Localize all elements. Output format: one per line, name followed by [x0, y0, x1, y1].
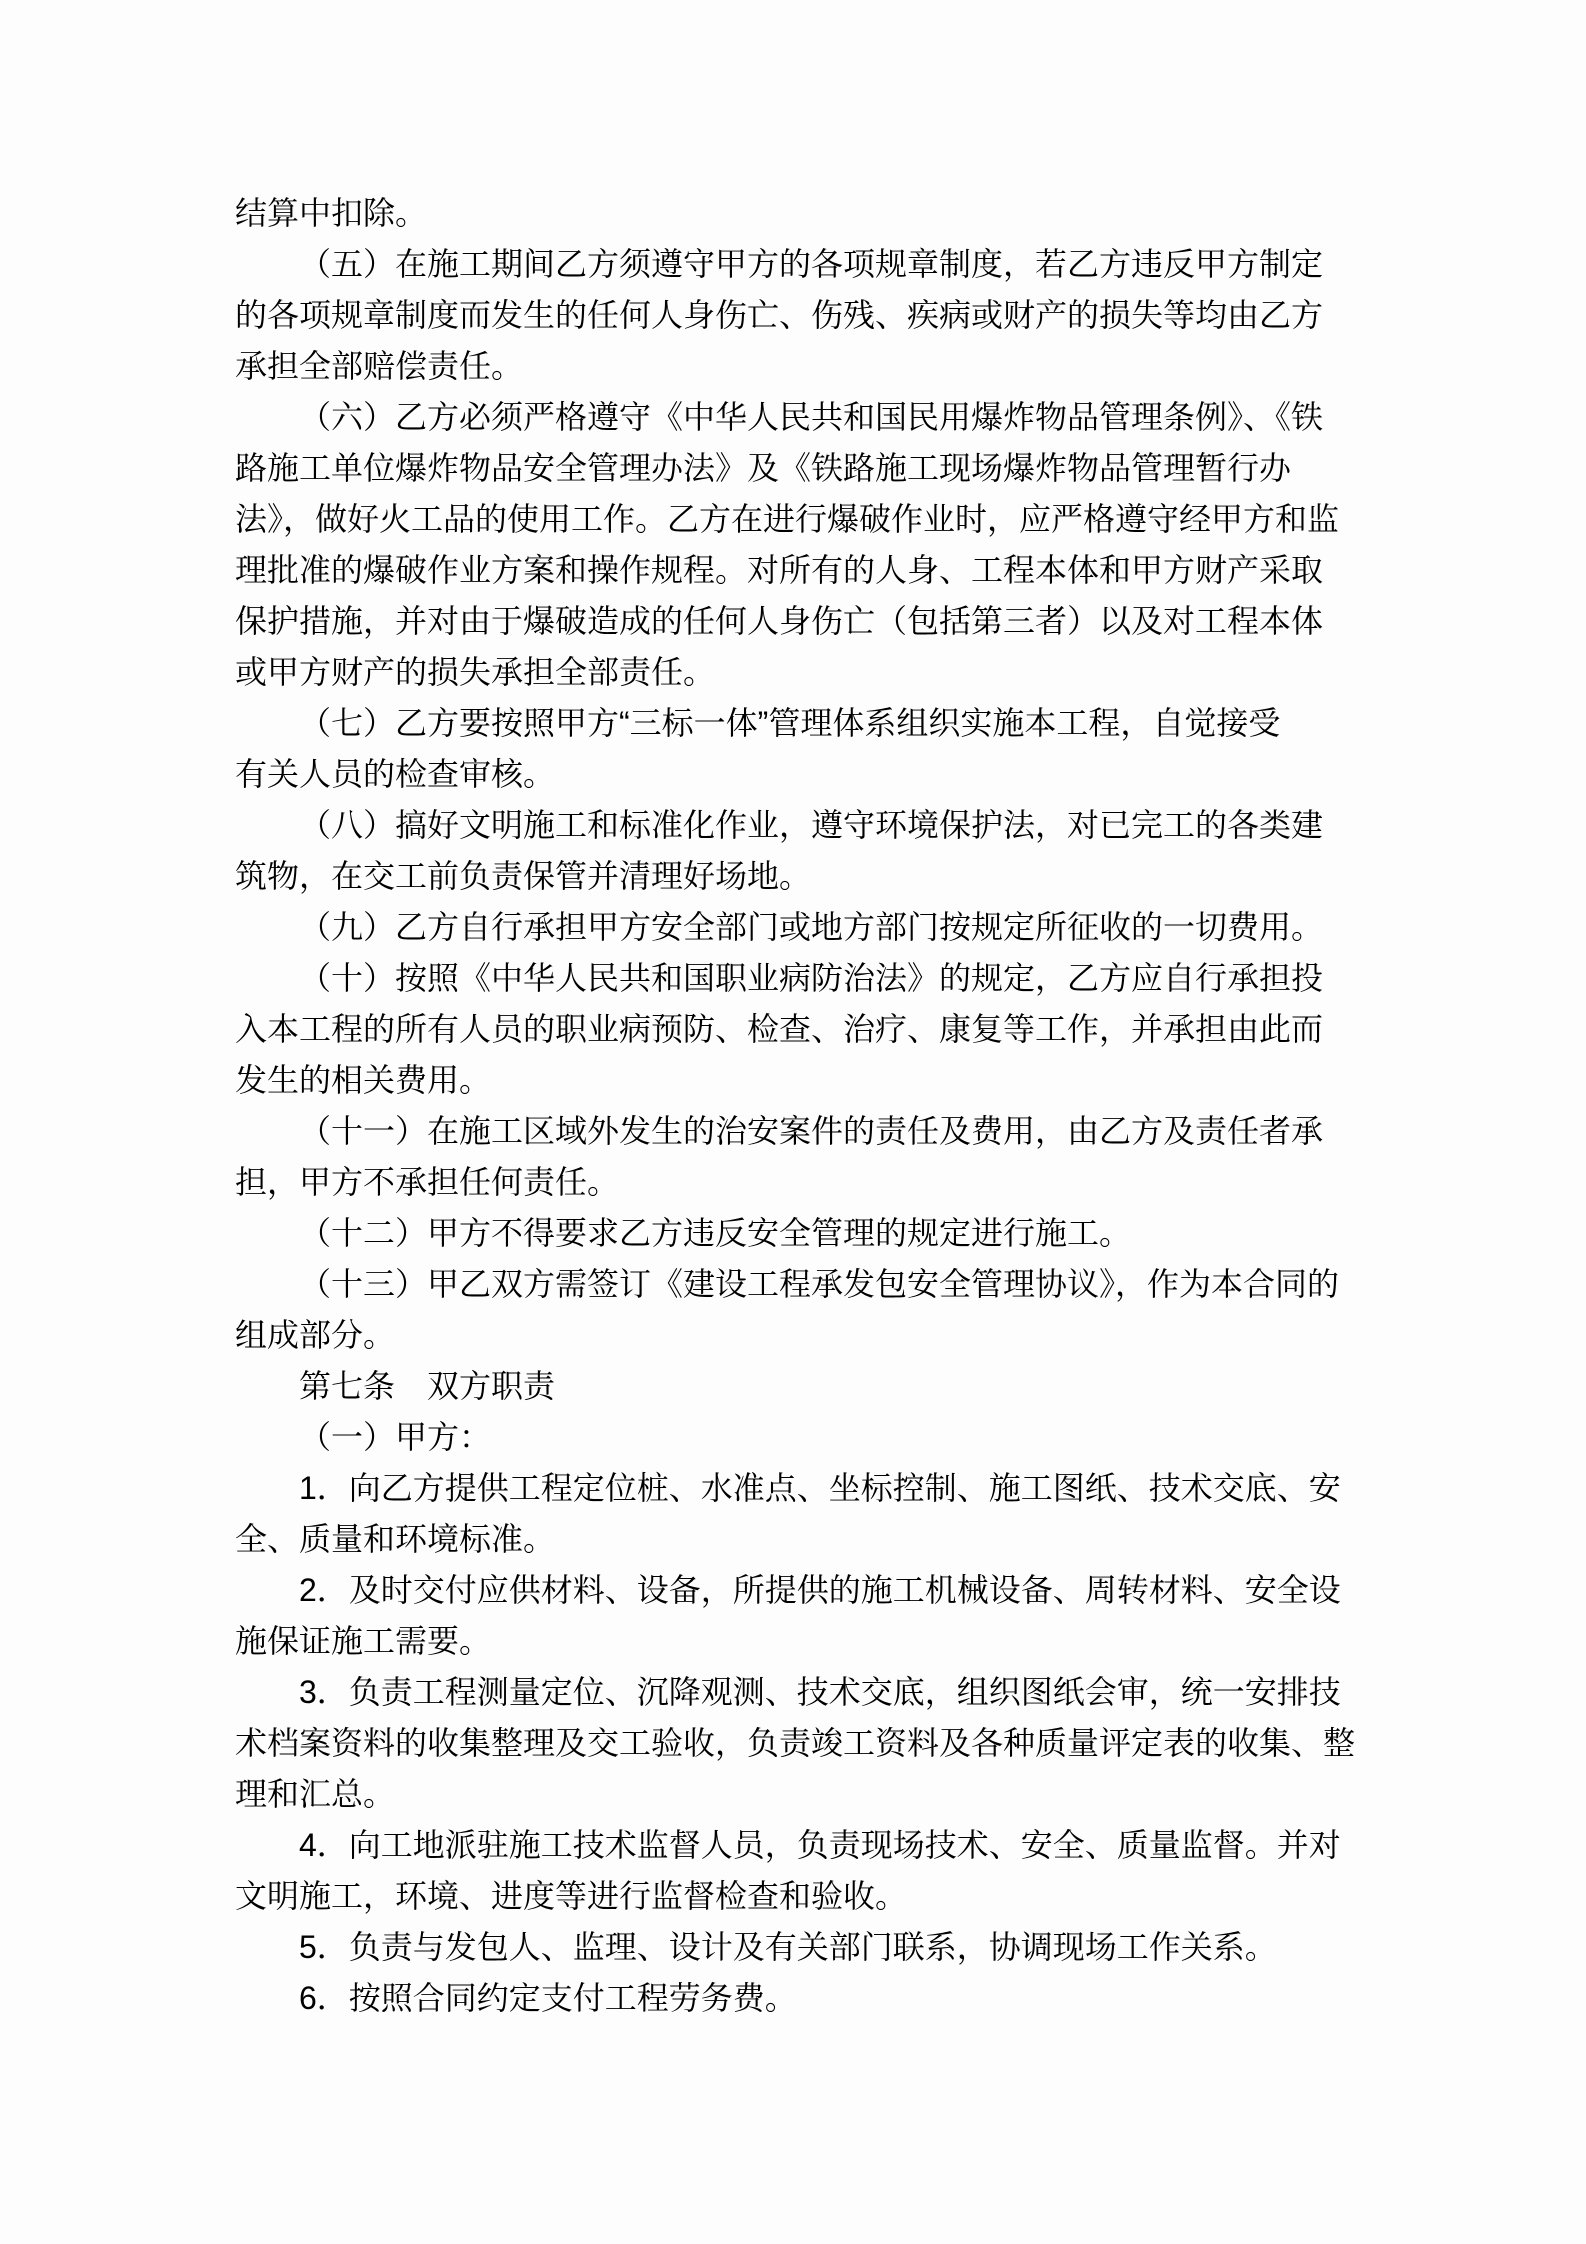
document-line: （七）乙方要按照甲方“三标一体”管理体系组织实施本工程，自觉接受	[235, 698, 1355, 749]
document-text-block: 结算中扣除。（五）在施工期间乙方须遵守甲方的各项规章制度，若乙方违反甲方制定的各…	[235, 188, 1355, 2024]
document-line: 筑物，在交工前负责保管并清理好场地。	[235, 851, 1355, 902]
document-line: 或甲方财产的损失承担全部责任。	[235, 647, 1355, 698]
document-line: （五）在施工期间乙方须遵守甲方的各项规章制度，若乙方违反甲方制定	[235, 239, 1355, 290]
document-line: 1．向乙方提供工程定位桩、水准点、坐标控制、施工图纸、技术交底、安	[235, 1463, 1355, 1514]
document-line: 2．及时交付应供材料、设备，所提供的施工机械设备、周转材料、安全设	[235, 1565, 1355, 1616]
document-line: 第七条 双方职责	[235, 1361, 1355, 1412]
document-line: 文明施工，环境、进度等进行监督检查和验收。	[235, 1871, 1355, 1922]
document-line: （九）乙方自行承担甲方安全部门或地方部门按规定所征收的一切费用。	[235, 902, 1355, 953]
document-line: 结算中扣除。	[235, 188, 1355, 239]
document-line: （十三）甲乙双方需签订《建设工程承发包安全管理协议》，作为本合同的	[235, 1259, 1355, 1310]
document-line: （十）按照《中华人民共和国职业病防治法》的规定，乙方应自行承担投	[235, 953, 1355, 1004]
document-line: （十二）甲方不得要求乙方违反安全管理的规定进行施工。	[235, 1208, 1355, 1259]
document-line: 6．按照合同约定支付工程劳务费。	[235, 1973, 1355, 2024]
document-line: 施保证施工需要。	[235, 1616, 1355, 1667]
document-line: 全、质量和环境标准。	[235, 1514, 1355, 1565]
document-line: 有关人员的检查审核。	[235, 749, 1355, 800]
document-line: 承担全部赔偿责任。	[235, 341, 1355, 392]
document-line: （一）甲方：	[235, 1412, 1355, 1463]
document-line: 入本工程的所有人员的职业病预防、检查、治疗、康复等工作，并承担由此而	[235, 1004, 1355, 1055]
document-line: 5．负责与发包人、监理、设计及有关部门联系，协调现场工作关系。	[235, 1922, 1355, 1973]
document-line: （八）搞好文明施工和标准化作业，遵守环境保护法，对已完工的各类建	[235, 800, 1355, 851]
document-line: 路施工单位爆炸物品安全管理办法》及《铁路施工现场爆炸物品管理暂行办	[235, 443, 1355, 494]
document-line: （十一）在施工区域外发生的治安案件的责任及费用，由乙方及责任者承	[235, 1106, 1355, 1157]
document-line: 发生的相关费用。	[235, 1055, 1355, 1106]
document-line: 担，甲方不承担任何责任。	[235, 1157, 1355, 1208]
document-line: 法》，做好火工品的使用工作。乙方在进行爆破作业时，应严格遵守经甲方和监	[235, 494, 1355, 545]
document-line: 理批准的爆破作业方案和操作规程。对所有的人身、工程本体和甲方财产采取	[235, 545, 1355, 596]
document-line: （六）乙方必须严格遵守《中华人民共和国民用爆炸物品管理条例》、《铁	[235, 392, 1355, 443]
document-line: 术档案资料的收集整理及交工验收，负责竣工资料及各种质量评定表的收集、整	[235, 1718, 1355, 1769]
document-line: 组成部分。	[235, 1310, 1355, 1361]
document-line: 4．向工地派驻施工技术监督人员，负责现场技术、安全、质量监督。并对	[235, 1820, 1355, 1871]
document-line: 保护措施，并对由于爆破造成的任何人身伤亡（包括第三者）以及对工程本体	[235, 596, 1355, 647]
document-line: 的各项规章制度而发生的任何人身伤亡、伤残、疾病或财产的损失等均由乙方	[235, 290, 1355, 341]
document-line: 3．负责工程测量定位、沉降观测、技术交底，组织图纸会审，统一安排技	[235, 1667, 1355, 1718]
document-line: 理和汇总。	[235, 1769, 1355, 1820]
document-page: 结算中扣除。（五）在施工期间乙方须遵守甲方的各项规章制度，若乙方违反甲方制定的各…	[0, 0, 1586, 2244]
